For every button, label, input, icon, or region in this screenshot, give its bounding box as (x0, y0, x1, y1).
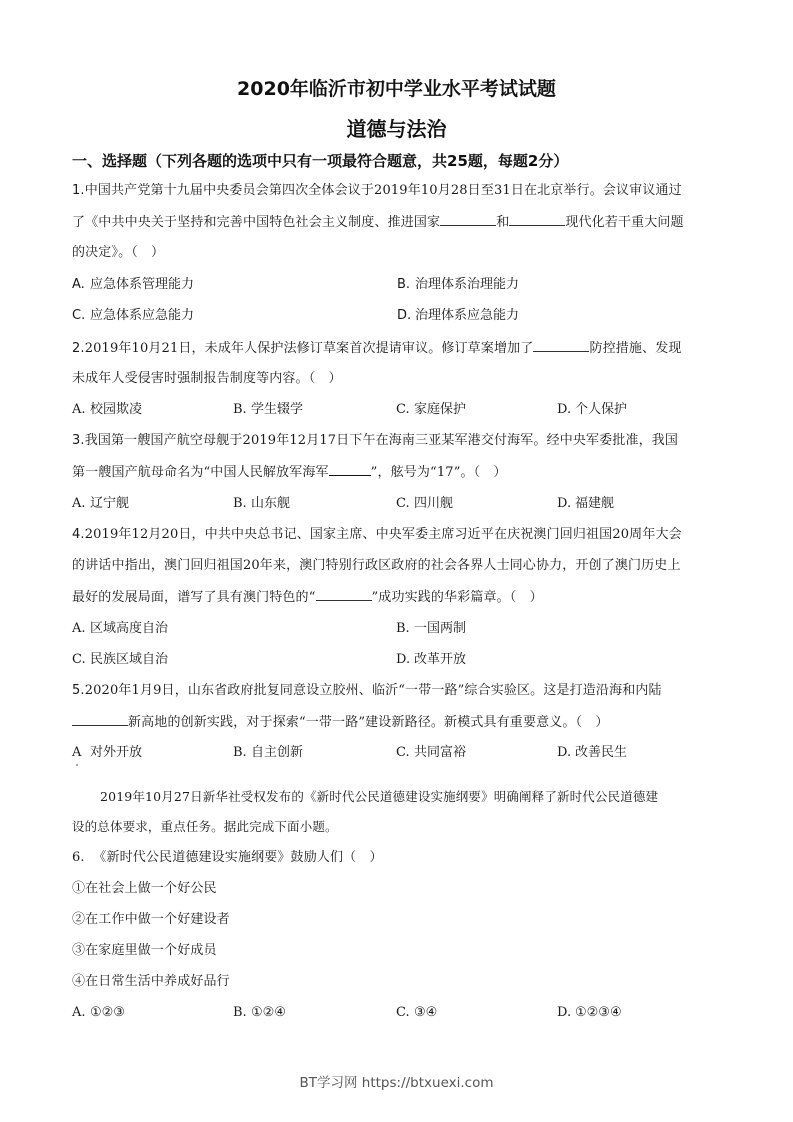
question-4-line-3: 最好的发展局面，谱写了具有澳门特色的“”成功实践的华彩篇章。（ ） (72, 588, 727, 607)
question-5-option-c[interactable]: C.共同富裕 (396, 744, 466, 762)
question-5-line-2: 新高地的创新实践，对于探索“一带一路”建设新路径。新模式具有重要意义。（ ） (72, 713, 727, 732)
question-3-option-d[interactable]: D.福建舰 (557, 495, 614, 513)
question-3-line-2: 第一艘国产航母命名为“中国人民解放军海军”，舷号为“17”。（ ） (72, 463, 727, 482)
question-number: 1. (72, 183, 85, 198)
question-1-line-2: 了《中共中央关于坚持和完善中国特色社会主义制度、推进国家和现代化若干重大问题 (72, 213, 727, 232)
question-4-option-b[interactable]: B.一国两制 (396, 620, 466, 638)
question-1-option-b[interactable]: B.治理体系治理能力 (397, 276, 519, 294)
question-5-option-a[interactable]: A对外开放 (72, 744, 142, 762)
question-2-line-2: 未成年人受侵害时强制报告制度等内容。（ ） (72, 370, 727, 388)
section-heading: 一、选择题（下列各题的选项中只有一项最符合题意，共25题，每题2分） (72, 150, 568, 171)
question-6-stem: 6. 《新时代公民道德建设实施纲要》鼓励人们（ ） (72, 849, 727, 867)
question-6-statement-1: ①在社会上做一个好公民 (72, 880, 727, 898)
answer-blank (533, 339, 589, 352)
question-2-option-a[interactable]: A.校园欺凌 (72, 401, 142, 419)
question-2-line-1: 2.2019年10月21日，未成年人保护法修订草案首次提请审议。修订草案增加了防… (72, 339, 727, 358)
document-title: 2020年临沂市初中学业水平考试试题 (0, 74, 793, 101)
question-2-option-b[interactable]: B.学生辍学 (233, 401, 303, 419)
question-number: 4. (72, 527, 85, 542)
document-subtitle: 道德与法治 (0, 113, 793, 142)
question-5-line-1: 5.2020年1月9日，山东省政府批复同意设立胶州、临沂“一带一路”综合实验区。… (72, 682, 727, 700)
question-4-line-1: 4.2019年12月20日，中共中央总书记、国家主席、中央军委主席习近平在庆祝澳… (72, 526, 727, 544)
answer-blank (316, 588, 372, 601)
question-3-line-1: 3.我国第一艘国产航空母舰于2019年12月17日下午在海南三亚某军港交付海军。… (72, 432, 727, 450)
question-6-option-b[interactable]: B.①②④ (233, 1004, 286, 1022)
footer-watermark: BT学习网 https://btxuexi.com (0, 1071, 793, 1091)
question-3-option-c[interactable]: C.四川舰 (396, 495, 453, 513)
question-4-line-2: 的讲话中指出，澳门回归祖国20年来，澳门特别行政区政府的社会各界人士同心协力，开… (72, 557, 727, 575)
answer-blank (440, 213, 496, 226)
question-number: 2. (72, 341, 85, 356)
question-1-option-d[interactable]: D.治理体系应急能力 (397, 307, 519, 325)
question-6-statement-2: ②在工作中做一个好建设者 (72, 911, 727, 929)
question-1-option-c[interactable]: C.应急体系应急能力 (72, 307, 194, 325)
question-4-option-a[interactable]: A.区域高度自治 (72, 620, 168, 638)
answer-blank (72, 713, 128, 726)
question-number: 3. (72, 433, 85, 448)
exam-page: 2020年临沂市初中学业水平考试试题 道德与法治 一、选择题（下列各题的选项中只… (0, 0, 793, 1122)
material-line-1: 2019年10月27日新华社受权发布的《新时代公民道德建设实施纲要》明确阐释了新… (100, 788, 730, 806)
question-6-statement-3: ③在家庭里做一个好成员 (72, 942, 727, 960)
question-5-option-b[interactable]: B.自主创新 (233, 744, 303, 762)
question-6-option-c[interactable]: C.③④ (396, 1004, 437, 1022)
question-6-option-d[interactable]: D.①②③④ (557, 1004, 622, 1022)
answer-blank (509, 213, 565, 226)
question-6-option-a[interactable]: A.①②③ (72, 1004, 125, 1022)
question-1-line-3: 的决定》。（ ） (72, 244, 727, 262)
question-4-option-d[interactable]: D.改革开放 (396, 651, 466, 669)
answer-blank (329, 463, 371, 476)
question-number: 5. (72, 683, 85, 698)
question-1-line-1: 1.中国共产党第十九届中央委员会第四次全体会议于2019年10月28日至31日在… (72, 182, 727, 200)
material-line-2: 设的总体要求，重点任务。据此完成下面小题。 (72, 818, 727, 836)
question-3-option-b[interactable]: B.山东舰 (233, 495, 290, 513)
question-number: 6. (72, 850, 85, 865)
question-5-option-d[interactable]: D.改善民生 (557, 744, 627, 762)
question-1-option-a[interactable]: A.应急体系管理能力 (72, 276, 194, 294)
question-6-statement-4: ④在日常生活中养成好品行 (72, 973, 727, 991)
question-2-option-d[interactable]: D.个人保护 (557, 401, 627, 419)
question-4-option-c[interactable]: C.民族区域自治 (72, 651, 168, 669)
question-3-option-a[interactable]: A.辽宁舰 (72, 495, 129, 513)
stray-dot (76, 764, 78, 766)
question-2-option-c[interactable]: C.家庭保护 (396, 401, 466, 419)
